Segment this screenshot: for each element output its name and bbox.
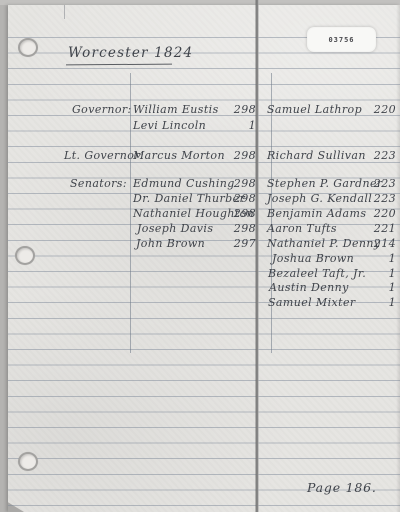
vote-count: 1: [354, 296, 396, 309]
vote-count: 220: [354, 207, 396, 220]
section-label-senators: Senators:: [70, 177, 127, 190]
candidate-name: Samuel Lathrop: [267, 103, 362, 116]
candidate-name: John Brown: [136, 237, 205, 250]
punch-hole-top: [18, 38, 38, 57]
vote-count: 1: [354, 267, 396, 280]
candidate-name: Aaron Tufts: [267, 222, 337, 235]
vote-count: 298: [218, 149, 256, 162]
candidate-name: Richard Sullivan: [267, 149, 366, 162]
vote-count: 1: [354, 281, 396, 294]
scanned-ledger-page: 03756 Worcester 1824 Governor: William E…: [0, 0, 400, 512]
candidate-name: Benjamin Adams: [267, 207, 366, 220]
vote-count: 298: [218, 207, 256, 220]
candidate-name: Austin Denny: [269, 281, 349, 294]
candidate-name: William Eustis: [133, 103, 219, 116]
punch-hole-middle: [15, 246, 35, 265]
candidate-name: Samuel Mixter: [268, 296, 356, 309]
vote-count: 298: [218, 103, 256, 116]
vote-count: 223: [354, 192, 396, 205]
vote-count: 298: [218, 192, 256, 205]
page-fold-line: [255, 0, 259, 512]
stamp-label: 03756: [307, 27, 376, 52]
page-number: Page 186.: [307, 481, 377, 494]
section-label-lt-governor: Lt. Governor:: [64, 149, 144, 162]
top-margin-line: [64, 5, 65, 19]
vote-count: 223: [354, 177, 396, 190]
vote-count: 223: [354, 149, 396, 162]
vote-count: 214: [354, 237, 396, 250]
vote-count: 298: [218, 222, 256, 235]
vote-count: 298: [218, 177, 256, 190]
vote-count: 297: [218, 237, 256, 250]
candidate-name: Joseph Davis: [137, 222, 213, 235]
candidate-name: Bezaleel Taft, Jr.: [268, 267, 366, 280]
stamp-number: 03756: [328, 36, 354, 44]
vote-count: 1: [354, 252, 396, 265]
candidate-name: Marcus Morton: [133, 149, 225, 162]
punch-hole-bottom: [18, 452, 38, 471]
vote-count: 220: [354, 103, 396, 116]
vote-count: 1: [218, 119, 256, 132]
candidate-name: Levi Lincoln: [133, 119, 206, 132]
vote-count: 221: [354, 222, 396, 235]
page-title: Worcester 1824: [68, 47, 193, 60]
section-label-governor: Governor:: [72, 103, 132, 116]
candidate-name: Joshua Brown: [272, 252, 354, 265]
